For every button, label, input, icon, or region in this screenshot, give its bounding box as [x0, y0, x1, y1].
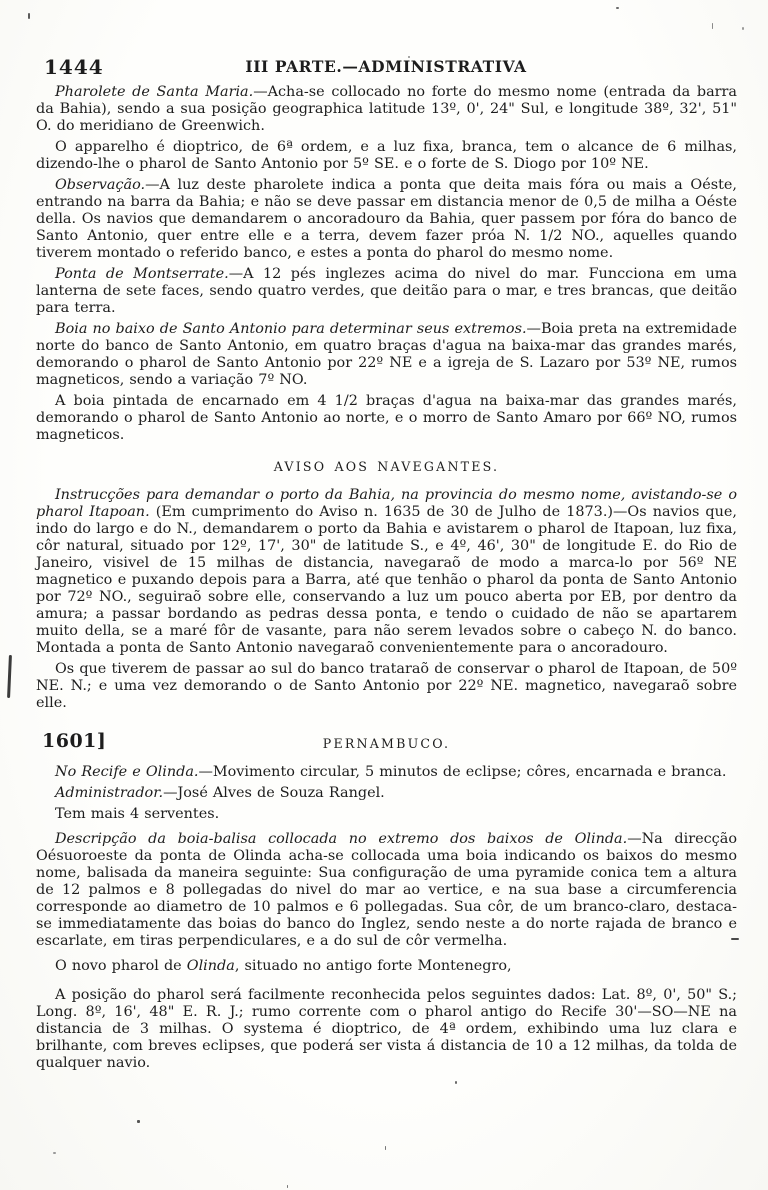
- paragraph-lead-italic: Administrador.: [55, 785, 163, 801]
- ink-dash-right-margin: [731, 938, 739, 940]
- ink-speck: [287, 1185, 288, 1188]
- ink-speck: [385, 1146, 386, 1150]
- paragraph-text: —Movimento circular, 5 minutos de eclips…: [199, 764, 727, 780]
- scanned-book-page: 1444 III PARTE.—ADMINISTRATIVA Pharolete…: [0, 0, 768, 1190]
- ink-speck: [455, 1081, 457, 1084]
- paragraph-text: —José Alves de Souza Rangel.: [163, 785, 385, 801]
- paragraph-text: (Em cumprimento do Aviso n. 1635 de 30 d…: [36, 504, 737, 656]
- paragraph-text: A posição do pharol será facilmente reco…: [36, 987, 737, 1071]
- page-header-row: 1444 III PARTE.—ADMINISTRATIVA: [36, 54, 736, 80]
- paragraph-novo-pharol-olinda: O novo pharol de Olinda, situado no anti…: [36, 958, 737, 975]
- paragraph-apparelho-dioptrico: O apparelho é dioptrico, de 6ª ordem, e …: [36, 139, 737, 173]
- section-marker-1601: 1601]: [42, 730, 106, 752]
- paragraph-serventes: Tem mais 4 serventes.: [36, 806, 737, 823]
- ink-speck: [137, 1120, 140, 1123]
- page-number: 1444: [44, 55, 104, 79]
- paragraph-recife-olinda: No Recife e Olinda.—Movimento circular, …: [36, 764, 737, 781]
- paragraph-text: Tem mais 4 serventes.: [55, 806, 219, 822]
- ink-speck: [712, 23, 713, 29]
- heading-pernambuco: PERNAMBUCO.: [36, 731, 737, 751]
- paragraph-text: O apparelho é dioptrico, de 6ª ordem, e …: [36, 139, 737, 172]
- paragraph-pharolete-santa-maria: Pharolete de Santa Maria.—Acha-se colloc…: [36, 84, 737, 135]
- paragraph-descripcao-boia-balisa: Descripção da boia-balisa collocada no e…: [36, 831, 737, 950]
- ink-smudge-left-margin: [7, 655, 12, 698]
- paragraph-text: —Na direcção Oésuoroeste da ponta de Oli…: [36, 831, 737, 949]
- paragraph-passagem-sul-banco: Os que tiverem de passar ao sul do banco…: [36, 661, 737, 712]
- paragraph-posicao-pharol: A posição do pharol será facilmente reco…: [36, 987, 737, 1072]
- paragraph-lead-italic: Ponta de Montserrate.: [55, 266, 229, 282]
- paragraph-lead-italic: Olinda: [187, 958, 235, 974]
- text-block: Pharolete de Santa Maria.—Acha-se colloc…: [36, 84, 737, 1076]
- running-header-title: III PARTE.—ADMINISTRATIVA: [36, 54, 736, 76]
- ink-speck: [28, 13, 30, 19]
- paragraph-text: O novo pharol de: [55, 958, 187, 974]
- paragraph-boia-baixo-santo-antonio: Boia no baixo de Santo Antonio para dete…: [36, 321, 737, 389]
- paragraph-ponta-de-montserrate: Ponta de Montserrate.—A 12 pés inglezes …: [36, 266, 737, 317]
- ink-speck: [616, 7, 619, 9]
- paragraph-instruccoes-porto-bahia: Instrucções para demandar o porto da Bah…: [36, 487, 737, 657]
- paragraph-lead-italic: Observação.: [55, 177, 145, 193]
- paragraph-lead-italic: Pharolete de Santa Maria.: [55, 84, 253, 100]
- section-row-pernambuco: 1601] PERNAMBUCO.: [36, 731, 737, 753]
- paragraph-boia-encarnada: A boia pintada de encarnado em 4 1/2 bra…: [36, 393, 737, 444]
- paragraph-lead-italic: Boia no baixo de Santo Antonio para dete…: [55, 321, 527, 337]
- ink-speck: [53, 1152, 56, 1154]
- heading-aviso-aos-navegantes: AVISO AOS NAVEGANTES.: [36, 459, 737, 474]
- ink-speck: [408, 56, 410, 58]
- paragraph-lead-italic: Descripção da boia-balisa collocada no e…: [55, 831, 627, 847]
- ink-speck: [742, 27, 744, 30]
- paragraph-observacao: Observação.—A luz deste pharolete indica…: [36, 177, 737, 262]
- paragraph-text: A boia pintada de encarnado em 4 1/2 bra…: [36, 393, 737, 443]
- paragraph-lead-italic: No Recife e Olinda.: [55, 764, 199, 780]
- paragraph-text: , situado no antigo forte Montenegro,: [235, 958, 512, 974]
- paragraph-administrador: Administrador.—José Alves de Souza Range…: [36, 785, 737, 802]
- paragraph-text: Os que tiverem de passar ao sul do banco…: [36, 661, 737, 711]
